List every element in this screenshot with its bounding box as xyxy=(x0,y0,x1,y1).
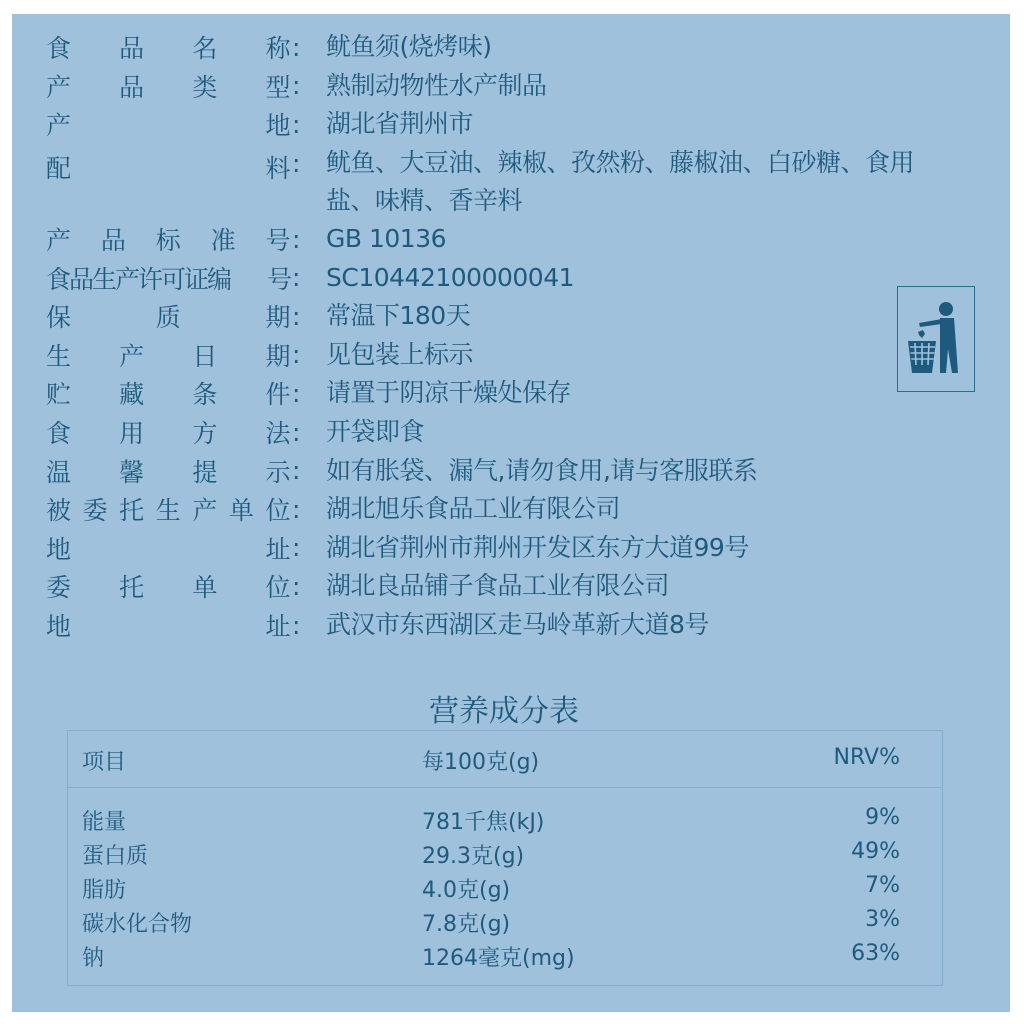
info-row-license: 食品生产许可证编号 : SC10442100000041 xyxy=(46,258,946,297)
info-value: 湖北旭乐食品工业有限公司 xyxy=(326,490,946,528)
info-value: 湖北省荆州市 xyxy=(326,105,946,143)
header-nrv: NRV% xyxy=(834,745,901,770)
product-info-list: 食品名称 : 鱿鱼须(烧烤味) 产品类型 : 熟制动物性水产制品 产地 : 湖北… xyxy=(46,28,946,644)
info-label: 温馨提示 xyxy=(46,453,290,489)
info-label: 被委托生产单位 xyxy=(46,491,290,527)
info-row-production-date: 生产日期 : 见包装上标示 xyxy=(46,336,946,375)
info-label: 产品类型 xyxy=(46,68,290,104)
info-value: 见包装上标示 xyxy=(326,336,946,374)
info-label: 地址 xyxy=(46,530,290,566)
info-value: 开袋即食 xyxy=(326,413,946,451)
info-value: 鱿鱼、大豆油、辣椒、孜然粉、藤椒油、白砂糖、食用盐、味精、香辛料 xyxy=(326,144,946,220)
label-panel: 食品名称 : 鱿鱼须(烧烤味) 产品类型 : 熟制动物性水产制品 产地 : 湖北… xyxy=(12,14,1010,1012)
info-row-product-name: 食品名称 : 鱿鱼须(烧烤味) xyxy=(46,28,946,67)
info-row-ingredients: 配料 : 鱿鱼、大豆油、辣椒、孜然粉、藤椒油、白砂糖、食用盐、味精、香辛料 xyxy=(46,144,946,220)
info-value: 湖北良品铺子食品工业有限公司 xyxy=(326,567,946,605)
info-label: 食品生产许可证编号 xyxy=(46,260,290,296)
info-value: SC10442100000041 xyxy=(326,259,946,297)
info-label: 生产日期 xyxy=(46,337,290,373)
info-row-storage: 贮藏条件 : 请置于阴凉干燥处保存 xyxy=(46,374,946,413)
info-label: 产地 xyxy=(46,106,290,142)
litter-bin-person-icon xyxy=(897,286,975,392)
info-value: 如有胀袋、漏气,请勿食用,请与客服联系 xyxy=(326,452,946,490)
info-row-client: 委托单位 : 湖北良品铺子食品工业有限公司 xyxy=(46,567,946,606)
nutrition-header-row: 项目 每100克(g) NRV% xyxy=(68,731,942,788)
info-value: 湖北省荆州市荆州开发区东方大道99号 xyxy=(326,529,946,567)
nutrition-body: 能量 781千焦(kJ) 9% 蛋白质 29.3克(g) 49% 脂肪 4.0克… xyxy=(68,788,942,975)
info-row-shelf-life: 保质期 : 常温下180天 xyxy=(46,297,946,336)
table-row: 蛋白质 29.3克(g) 49% xyxy=(68,839,942,873)
info-row-client-address: 地址 : 武汉市东西湖区走马岭革新大道8号 xyxy=(46,606,946,645)
info-value: 熟制动物性水产制品 xyxy=(326,67,946,105)
info-value: 常温下180天 xyxy=(326,297,946,335)
info-label: 食用方法 xyxy=(46,414,290,450)
table-row: 碳水化合物 7.8克(g) 3% xyxy=(68,907,942,941)
info-label: 配料 xyxy=(46,149,290,185)
info-label: 食品名称 xyxy=(46,29,290,65)
info-label: 产品标准号 xyxy=(46,221,290,257)
info-row-manufacturer-address: 地址 : 湖北省荆州市荆州开发区东方大道99号 xyxy=(46,529,946,568)
nutrition-table: 项目 每100克(g) NRV% 能量 781千焦(kJ) 9% 蛋白质 29.… xyxy=(67,730,943,986)
info-label: 地址 xyxy=(46,607,290,643)
info-row-origin: 产地 : 湖北省荆州市 xyxy=(46,105,946,144)
info-value: GB 10136 xyxy=(326,220,946,258)
table-row: 能量 781千焦(kJ) 9% xyxy=(68,805,942,839)
info-row-usage: 食用方法 : 开袋即食 xyxy=(46,413,946,452)
info-value: 请置于阴凉干燥处保存 xyxy=(326,374,946,412)
header-item: 项目 xyxy=(82,745,126,776)
info-row-notice: 温馨提示 : 如有胀袋、漏气,请勿食用,请与客服联系 xyxy=(46,451,946,490)
info-row-product-type: 产品类型 : 熟制动物性水产制品 xyxy=(46,67,946,106)
info-row-standard: 产品标准号 : GB 10136 xyxy=(46,220,946,259)
info-label: 委托单位 xyxy=(46,568,290,604)
table-row: 脂肪 4.0克(g) 7% xyxy=(68,873,942,907)
info-value: 鱿鱼须(烧烤味) xyxy=(326,28,946,66)
info-label: 贮藏条件 xyxy=(46,375,290,411)
info-row-manufacturer: 被委托生产单位 : 湖北旭乐食品工业有限公司 xyxy=(46,490,946,529)
nutrition-title: 营养成分表 xyxy=(12,686,996,730)
info-label: 保质期 xyxy=(46,298,290,334)
info-value: 武汉市东西湖区走马岭革新大道8号 xyxy=(326,606,946,644)
header-per-100g: 每100克(g) xyxy=(422,745,539,776)
table-row: 钠 1264毫克(mg) 63% xyxy=(68,941,942,975)
